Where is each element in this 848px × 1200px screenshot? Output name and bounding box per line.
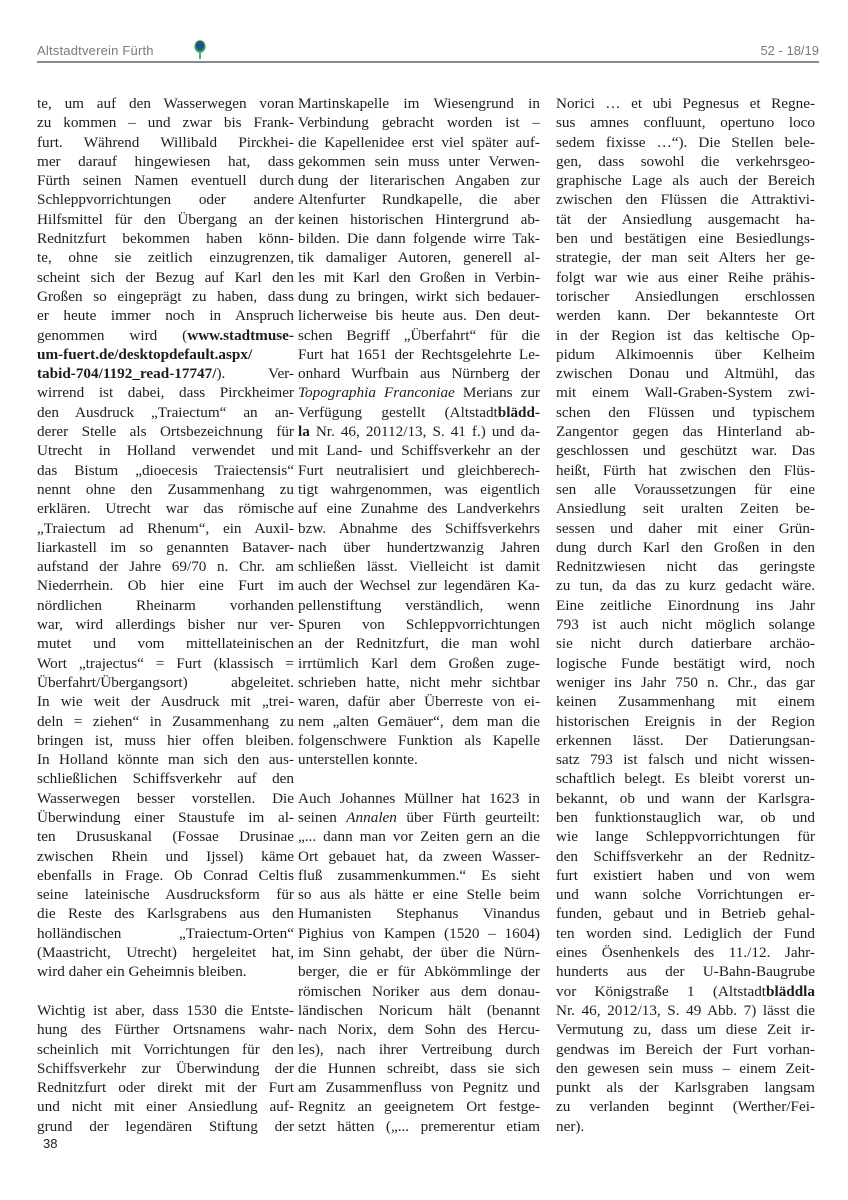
text-line: dung zu bringen, wirkt sich bedauer- — [298, 287, 540, 306]
text-line: setzt hätten („... premerentur etiam — [298, 1117, 540, 1136]
text-line: auf eine Zunahme des Landverkehrs — [298, 499, 540, 518]
text-line: vor Königstraße 1 (Altstadtbläddla — [556, 982, 815, 1001]
text-line: heißt, Fürth hat zwischen den Flüs- — [556, 461, 815, 480]
text-line: logische Funde bestätigt wird, noch — [556, 654, 815, 673]
paragraph-gap — [298, 769, 540, 788]
text-line: den Ausdruck „Traiectum“ an an- — [37, 403, 294, 422]
text-line: folgt war wie aus einer Reihe prähis- — [556, 268, 815, 287]
text-line: ben funktionstauglich war, ob und — [556, 808, 815, 827]
text-line: unterstellen konnte. — [298, 750, 540, 769]
text-line: les mit Karl den Großen in Verbin- — [298, 268, 540, 287]
text-line: folgenschwere Funktion als Kapelle — [298, 731, 540, 750]
text-line: sen alle Voraussetzungen für eine — [556, 480, 815, 499]
text-line: werden kann. Der bekannteste Ort — [556, 306, 815, 325]
text-line: funden, gebaut und in Betrieb gehal- — [556, 904, 815, 923]
text-line: ten Drususkanal (Fossae Drusinae — [37, 827, 294, 846]
text-line: liarkastell im so genannten Bataver- — [37, 538, 294, 557]
text-line: war, wird allerdings bisher nur ver- — [37, 615, 294, 634]
text-line: Überfahrt/Übergangsort) abgeleitet. — [37, 673, 294, 692]
text-line: Furt neutralisiert und gleichberech- — [298, 461, 540, 480]
text-line: er heute immer noch in Anspruch — [37, 306, 294, 325]
text-line: bilden. Die dann folgende wirre Tak- — [298, 229, 540, 248]
text-line: mutet und vom mittellateinischen — [37, 634, 294, 653]
text-line: die Reste des Karlsgrabens aus den — [37, 904, 294, 923]
text-line: zwischen den Flüssen die Attraktivi- — [556, 190, 815, 209]
issue-number: 52 - 18/19 — [760, 43, 819, 58]
text-line: berger, die er für Abkömmlinge der — [298, 962, 540, 981]
text-line: genommen wird (www.stadtmuse- — [37, 326, 294, 345]
text-line: deln = ziehen“ in Zusammenhang zu — [37, 712, 294, 731]
text-line: nennt ohne den Zusammenhang zu — [37, 480, 294, 499]
text-line: (Maastricht, Utrecht) hergeleitet hat, — [37, 943, 294, 962]
text-line: den Schiffsverkehr an der Rednitz- — [556, 847, 815, 866]
text-line: ner). — [556, 1117, 815, 1136]
text-line: Verbindung gebracht worden ist – — [298, 113, 540, 132]
text-line: „Traiectum ad Rhenum“, ein Auxil- — [37, 519, 294, 538]
text-line: wird daher ein Geheimnis bleiben. — [37, 962, 294, 981]
text-line: Rednitzfurt oder direkt mit der Furt — [37, 1078, 294, 1097]
text-line: Verfügung gestellt (Altstadtblädd- — [298, 403, 540, 422]
text-line: graphische Lage als auch der Bereich — [556, 171, 815, 190]
text-line: Wichtig ist aber, dass 1530 die Entste- — [37, 1001, 294, 1020]
text-line: wirrend ist dabei, dass Pirckheimer — [37, 383, 294, 402]
text-column-3: Norici … et ubi Pegnesus et Regne-sus am… — [556, 94, 815, 1136]
text-line: licherweise bis heute aus. Den deut- — [298, 306, 540, 325]
text-line: nördlichen Rheinarm vorhanden — [37, 596, 294, 615]
text-line: Auch Johannes Müllner hat 1623 in — [298, 789, 540, 808]
text-line: Schleppvorrichtungen oder andere — [37, 190, 294, 209]
text-line: grund der legendären Stiftung der — [37, 1117, 294, 1136]
text-line: „... dann man vor Zeiten gern an die — [298, 827, 540, 846]
text-line: nach Norix, dem Sohn des Hercu- — [298, 1020, 540, 1039]
text-line: Großen so eingeprägt zu haben, dass — [37, 287, 294, 306]
text-line: hunderts aus der U-Bahn-Baugrube — [556, 962, 815, 981]
text-line: seine lateinische Ausdrucksform für — [37, 885, 294, 904]
text-line: Wort „trajectus“ = Furt (klassisch = — [37, 654, 294, 673]
text-line: die Kapellenidee erst viel später auf- — [298, 133, 540, 152]
text-line: ländischen Noricum hält (benannt — [298, 1001, 540, 1020]
text-line: Niederrhein. Ob hier eine Furt im — [37, 576, 294, 595]
text-line: Norici … et ubi Pegnesus et Regne- — [556, 94, 815, 113]
text-line: Schiffsverkehr zur Überwindung der — [37, 1059, 294, 1078]
text-line: historischen Ereignis in der Region — [556, 712, 815, 731]
text-line: in der Region ist das keltische Op- — [556, 326, 815, 345]
text-line: wie lange Schleppvorrichtungen für — [556, 827, 815, 846]
text-line: ten worden sind. Lediglich der Fund — [556, 924, 815, 943]
text-line: onhard Wurfbain aus Nürnberg der — [298, 364, 540, 383]
text-line: die Hunnen schreibt, dass sie sich — [298, 1059, 540, 1078]
text-line: mit Land- und Schiffsverkehr an der — [298, 441, 540, 460]
text-line: nem „alten Gemäuer“, dem man die — [298, 712, 540, 731]
text-line: satz 793 ist falsch und nicht wissen- — [556, 750, 815, 769]
paragraph-gap — [37, 982, 294, 1001]
text-line: Altenfurter Rundkapelle, die aber — [298, 190, 540, 209]
text-line: gendwas im Bereich der Furt vorhan- — [556, 1040, 815, 1059]
text-line: Eine zeitliche Einordnung ins Jahr — [556, 596, 815, 615]
text-line: seinen Annalen über Fürth geurteilt: — [298, 808, 540, 827]
text-line: an der Rednitzfurt, die man wohl — [298, 634, 540, 653]
text-line: aufstand der Jahre 69/70 n. Chr. am — [37, 557, 294, 576]
text-line: den gewesen sein muss – einem Zeit- — [556, 1059, 815, 1078]
text-line: bekannt, ob und wann der Karlsgra- — [556, 789, 815, 808]
text-line: zwischen Donau und Altmühl, das — [556, 364, 815, 383]
text-line: Humanisten Stephanus Vinandus — [298, 904, 540, 923]
text-line: In wie weit der Ausdruck mit „trei- — [37, 692, 294, 711]
text-line: Nr. 46, 2012/13, S. 49 Abb. 7) lässt die — [556, 1001, 815, 1020]
text-line: römischen Noriker aus dem donau- — [298, 982, 540, 1001]
text-line: strategie, der man seit Alters her ge- — [556, 248, 815, 267]
text-line: Regnitz an geeignetem Ort festge- — [298, 1097, 540, 1116]
text-line: gen, dass sowohl die verkehrsgeo- — [556, 152, 815, 171]
text-line: torischer Ansiedlungen erschlossen — [556, 287, 815, 306]
text-line: schen Begriff „Überfahrt“ für die — [298, 326, 540, 345]
text-line: pellenstiftung verständlich, wenn — [298, 596, 540, 615]
publication-name: Altstadtverein Fürth — [37, 43, 154, 58]
text-line: dung durch Karl den Großen in den — [556, 538, 815, 557]
text-line: mer darauf hingewiesen hat, dass — [37, 152, 294, 171]
text-line: eines Ösenhenkels des 11./12. Jahr- — [556, 943, 815, 962]
text-line: dung der literarischen Angaben zur — [298, 171, 540, 190]
text-line: Furt hat 1651 der Rechtsgelehrte Le- — [298, 345, 540, 364]
text-line: geschlossen und geschützt war. Das — [556, 441, 815, 460]
text-line: schen den Flüssen und typischem — [556, 403, 815, 422]
text-line: Spuren von Schleppvorrichtungen — [298, 615, 540, 634]
text-line: pidum Alkimoennis über Kelheim — [556, 345, 815, 364]
text-line: ben und bestätigen eine Besiedlungs- — [556, 229, 815, 248]
header-divider — [37, 61, 819, 63]
text-line: furt. Während Willibald Pirckhei- — [37, 133, 294, 152]
text-line: zu kommen – und zwar bis Frank- — [37, 113, 294, 132]
text-line: Überwindung einer Staustufe im al- — [37, 808, 294, 827]
text-line: tik damaliger Autoren, generell al- — [298, 248, 540, 267]
text-line: nach über hundertzwanzig Jahren — [298, 538, 540, 557]
text-line: Rednitzfurt bekommen haben könn- — [37, 229, 294, 248]
text-line: les), nach ihrer Vertreibung durch — [298, 1040, 540, 1059]
text-line: sus amnes confluunt, opertuno loco — [556, 113, 815, 132]
text-line: waren, dafür aber Überreste von ei- — [298, 692, 540, 711]
text-line: tigt wahrgenommen, was eigentlich — [298, 480, 540, 499]
text-line: gekommen sein muss unter Verwen- — [298, 152, 540, 171]
text-line: la Nr. 46, 20112/13, S. 41 f.) und da- — [298, 422, 540, 441]
text-line: schrieben hatte, nicht mehr sichtbar — [298, 673, 540, 692]
text-line: ebenfalls in Frage. Ob Conrad Celtis — [37, 866, 294, 885]
text-line: In Holland könnte man sich den aus- — [37, 750, 294, 769]
text-line: und nicht mit einer Ansiedlung auf- — [37, 1097, 294, 1116]
text-line: Ansiedlung seit uralten Zeiten be- — [556, 499, 815, 518]
text-line: keinen Zusammenhang mit einem — [556, 692, 815, 711]
text-line: zwischen Rhein und Ijssel) käme — [37, 847, 294, 866]
text-line: sie nicht durch datierbare archäo- — [556, 634, 815, 653]
tree-logo-icon — [193, 40, 207, 60]
text-line: derer Stelle als Ortsbezeichnung für — [37, 422, 294, 441]
text-line: schließlichen Schiffsverkehr auf den — [37, 769, 294, 788]
text-line: zu tun, da das zu kurz gedacht wäre. — [556, 576, 815, 595]
text-line: sessen und daher mit einer Grün- — [556, 519, 815, 538]
text-line: Martinskapelle im Wiesengrund in — [298, 94, 540, 113]
text-line: das Bistum „dioecesis Traiectensis“ — [37, 461, 294, 480]
text-line: scheinlich mit Vorrichtungen für den — [37, 1040, 294, 1059]
page-number: 38 — [43, 1136, 57, 1151]
text-line: weniger ins Jahr 750 n. Chr., das gar — [556, 673, 815, 692]
text-line: Vermutung zu, dass um diese Zeit ir- — [556, 1020, 815, 1039]
text-line: und wann solche Vorrichtungen er- — [556, 885, 815, 904]
text-line: Wasserwegen besser vorstellen. Die — [37, 789, 294, 808]
text-line: fluß zusammenkummen.“ Es sieht — [298, 866, 540, 885]
text-line: schaftlich belegt. Es bleibt vorerst un- — [556, 769, 815, 788]
text-line: Rednitzwiesen nicht das geringste — [556, 557, 815, 576]
text-line: Topographia Franconiae Merians zur — [298, 383, 540, 402]
text-column-2: Martinskapelle im Wiesengrund inVerbindu… — [298, 94, 540, 1136]
text-line: te, ohne sie zeitlich einzugrenzen, — [37, 248, 294, 267]
text-line: zu verlanden beginnt (Werther/Fei- — [556, 1097, 815, 1116]
text-line: sedem fixisse …“). Die Stellen bele- — [556, 133, 815, 152]
text-line: keinen historischen Hintergrund ab- — [298, 210, 540, 229]
running-header: Altstadtverein Fürth 52 - 18/19 — [37, 40, 819, 62]
text-line: scheint sich der Bezug auf Karl den — [37, 268, 294, 287]
text-line: im Sinn gehabt, der über die Nürn- — [298, 943, 540, 962]
text-line: so aus als hätte er eine Stelle beim — [298, 885, 540, 904]
text-line: Fürth seinen Namen eventuell durch — [37, 171, 294, 190]
text-line: mit einem Wall-Graben-System zwi- — [556, 383, 815, 402]
text-line: Zangentor gegen das Hinterland ab- — [556, 422, 815, 441]
text-line: 793 ist auch nicht möglich solange — [556, 615, 815, 634]
text-line: furt existiert haben und von wem — [556, 866, 815, 885]
text-line: Pighius von Kampen (1520 – 1604) — [298, 924, 540, 943]
text-line: Ort gebauet hat, da zween Wasser- — [298, 847, 540, 866]
text-line: te, um auf den Wasserwegen voran — [37, 94, 294, 113]
text-line: auch der Wechsel zur legendären Ka- — [298, 576, 540, 595]
text-line: irrtümlich Karl dem Großen zuge- — [298, 654, 540, 673]
text-line: tät der Ansiedlung ausgemacht ha- — [556, 210, 815, 229]
text-line: hung des Fürther Ortsnamens wahr- — [37, 1020, 294, 1039]
text-line: erkennen lässt. Der Datierungsan- — [556, 731, 815, 750]
text-line: punkt als der Karlsgraben langsam — [556, 1078, 815, 1097]
text-line: Utrecht in Holland verwendet und — [37, 441, 294, 460]
text-line: tabid-704/1192_read-17747/). Ver- — [37, 364, 294, 383]
text-column-1: te, um auf den Wasserwegen voranzu komme… — [37, 94, 294, 1136]
text-line: schließen lässt. Vielleicht ist damit — [298, 557, 540, 576]
text-line: am Zusammenfluss von Pegnitz und — [298, 1078, 540, 1097]
text-line: um-fuert.de/desktopdefault.aspx/ — [37, 345, 294, 364]
text-line: holländischen „Traiectum-Orten“ — [37, 924, 294, 943]
text-line: erklären. Utrecht war das römische — [37, 499, 294, 518]
text-line: Hilfsmittel für den Übergang an der — [37, 210, 294, 229]
text-line: bringen ist, muss hier offen bleiben. — [37, 731, 294, 750]
text-line: bzw. Abnahme des Schiffsverkehrs — [298, 519, 540, 538]
